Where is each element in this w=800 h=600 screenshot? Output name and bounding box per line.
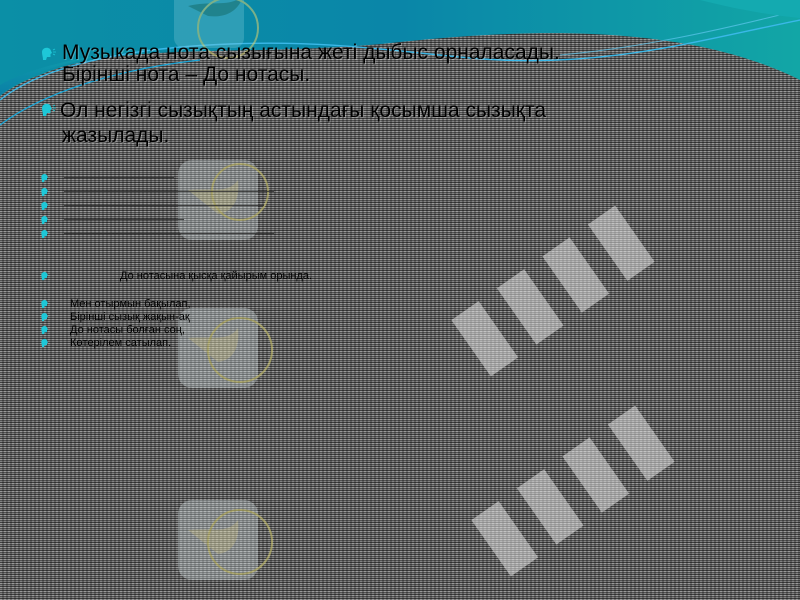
- poem-line: Көтерілем сатылап.: [40, 337, 171, 351]
- caption-text: До нотасына қысқа қайырым орында.: [120, 270, 312, 283]
- staff-line: [64, 219, 184, 220]
- poem-line-text: Көтерілем сатылап.: [70, 337, 171, 350]
- bullet-caption: До нотасына қысқа қайырым орында.: [40, 270, 312, 284]
- staff-line: [64, 233, 274, 234]
- speaking-head-icon: [40, 337, 54, 351]
- speaking-head-icon: [40, 270, 54, 284]
- poem-line: До нотасы болған соң,: [40, 324, 185, 338]
- speaking-head-icon: [40, 311, 54, 325]
- paragraph-line: Музыкада нота сызығына жеті дыбыс орнала…: [62, 42, 560, 64]
- paragraph-line: жазылады.: [62, 124, 546, 148]
- staff-line: [64, 191, 274, 192]
- speaking-head-icon: [40, 101, 54, 115]
- speaking-head-icon: [40, 172, 54, 186]
- slide: ▮▮▮▮ ▮▮▮▮ Музыкада нота сызығына жеті ды…: [0, 0, 800, 600]
- speaking-head-icon: [40, 228, 54, 242]
- staff-line: [64, 205, 264, 206]
- speaking-head-icon: [40, 186, 54, 200]
- slide-content: Музыкада нота сызығына жеті дыбыс орнала…: [0, 0, 800, 600]
- poem-line-text: До нотасы болған соң,: [70, 324, 185, 337]
- poem-line: Бірінші сызық жақын-ақ: [40, 311, 190, 325]
- bullet-paragraph: Ол негізгі сызықтың астындағы қосымша сы…: [40, 97, 546, 148]
- speaking-head-icon: [40, 45, 54, 59]
- speaking-head-icon: [40, 200, 54, 214]
- speaking-head-icon: [40, 298, 54, 312]
- speaking-head-icon: [40, 214, 54, 228]
- poem-line: Мен отырмын бақылап,: [40, 298, 191, 312]
- bullet-paragraph: Музыкада нота сызығына жеті дыбыс орнала…: [40, 42, 560, 86]
- speaking-head-icon: [40, 324, 54, 338]
- poem-line-text: Бірінші сызық жақын-ақ: [70, 311, 190, 324]
- paragraph-line: Бірінші нота – До нотасы.: [62, 64, 560, 86]
- staff-line: [64, 177, 174, 178]
- poem-line-text: Мен отырмын бақылап,: [70, 298, 191, 311]
- paragraph-line: Ол негізгі сызықтың астындағы қосымша сы…: [60, 97, 546, 124]
